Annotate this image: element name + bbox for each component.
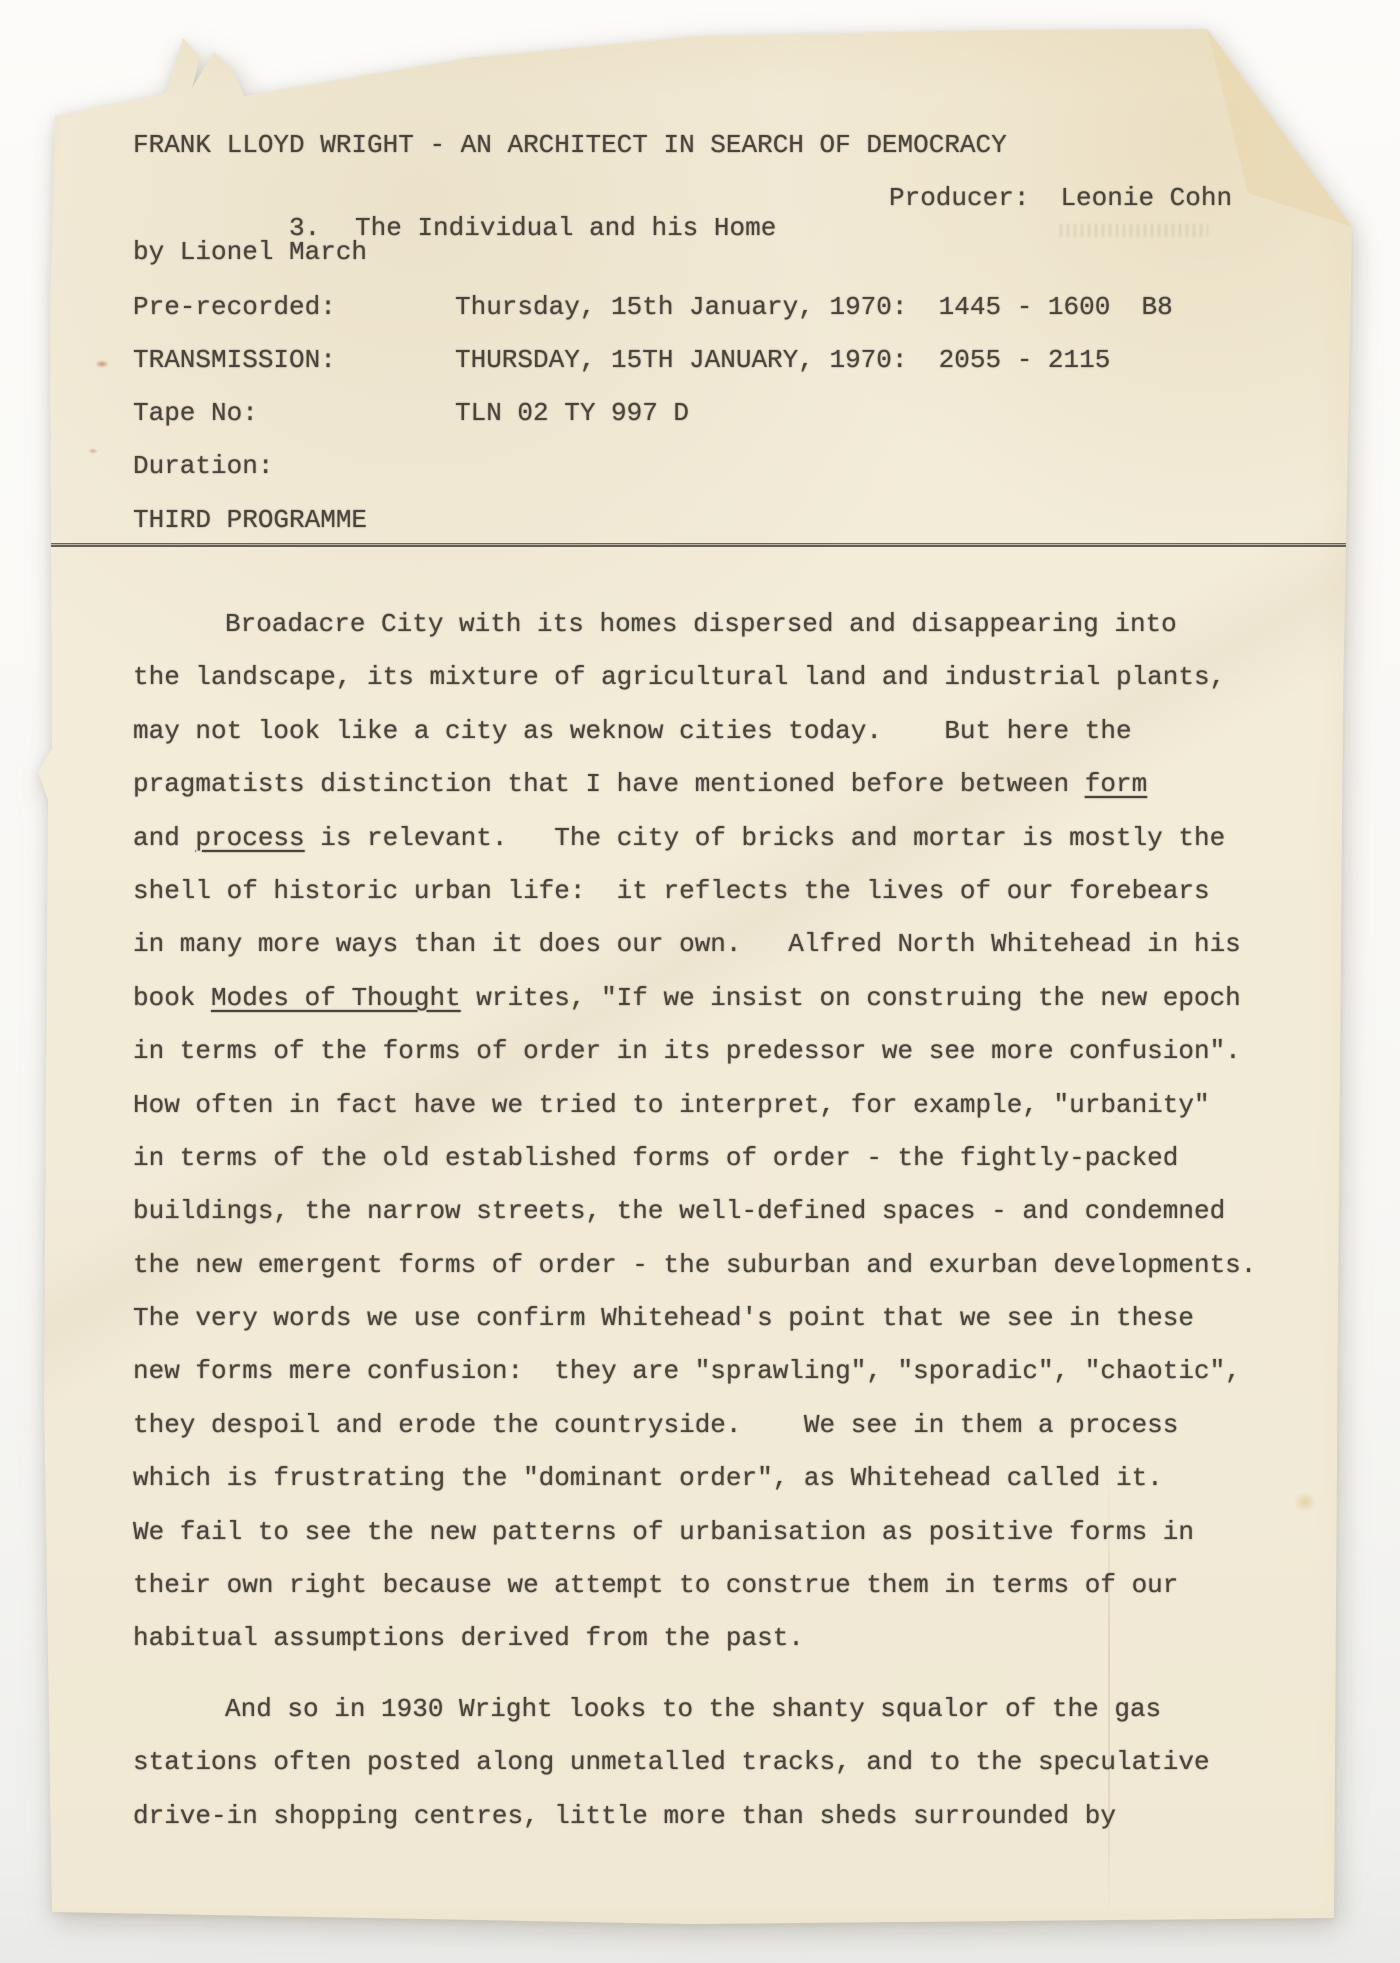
body-line: drive-in shopping centres, little more t…: [133, 1790, 1400, 1843]
body-line: in terms of the old established forms of…: [133, 1132, 1400, 1185]
typed-divider-rule: [40, 543, 1362, 547]
producer-name: Leonie Cohn: [1060, 183, 1232, 213]
body-text-segment: writes, "If we insist on construing the …: [461, 983, 1241, 1013]
body-line: the landscape, its mixture of agricultur…: [133, 651, 1400, 704]
body-line: Broadacre City with its homes dispersed …: [133, 598, 1400, 651]
paper-shadow: FRANK LLOYD WRIGHT - AN ARCHITECT IN SEA…: [0, 0, 1400, 1963]
scanned-page: FRANK LLOYD WRIGHT - AN ARCHITECT IN SEA…: [0, 0, 1400, 1963]
body-line: pragmatists distinction that I have ment…: [133, 758, 1400, 811]
body-text-segment: Broadacre City with its homes dispersed …: [225, 609, 1177, 639]
ink-stain: [95, 360, 109, 368]
meta-row: Pre-recorded:Thursday, 15th January, 197…: [133, 292, 1400, 345]
programme-name: THIRD PROGRAMME: [133, 505, 1380, 535]
typewritten-script-paper: FRANK LLOYD WRIGHT - AN ARCHITECT IN SEA…: [0, 0, 1400, 1963]
byline: by Lionel March: [133, 237, 1380, 267]
body-line: book Modes of Thought writes, "If we ins…: [133, 972, 1400, 1025]
producer-label: Producer:: [889, 183, 1029, 213]
body-line: We fail to see the new patterns of urban…: [133, 1506, 1400, 1559]
body-text-segment: the landscape, its mixture of agricultur…: [133, 662, 1225, 692]
body-text-segment: which is frustrating the "dominant order…: [133, 1463, 1163, 1493]
meta-value: Thursday, 15th January, 1970: 1445 - 160…: [455, 292, 1173, 322]
body-text-segment: drive-in shopping centres, little more t…: [133, 1801, 1116, 1831]
body-text: Broadacre City with its homes dispersed …: [133, 598, 1400, 1843]
body-text-segment: is relevant. The city of bricks and mort…: [305, 823, 1226, 853]
body-text-segment: and: [133, 823, 195, 853]
body-line: How often in fact have we tried to inter…: [133, 1079, 1400, 1132]
body-text-segment: How often in fact have we tried to inter…: [133, 1090, 1210, 1120]
body-text-segment: their own right because we attempt to co…: [133, 1570, 1178, 1600]
meta-label: TRANSMISSION:: [133, 345, 455, 375]
meta-value: TLN 02 TY 997 D: [455, 398, 689, 428]
body-line: stations often posted along unmetalled t…: [133, 1736, 1400, 1789]
body-text-segment: in terms of the old established forms of…: [133, 1143, 1178, 1173]
body-line: the new emergent forms of order - the su…: [133, 1239, 1400, 1292]
meta-label: Pre-recorded:: [133, 292, 455, 322]
body-line: The very words we use confirm Whitehead'…: [133, 1292, 1400, 1345]
meta-row: TRANSMISSION:THURSDAY, 15TH JANUARY, 197…: [133, 345, 1400, 398]
body-text-segment: And so in 1930 Wright looks to the shant…: [225, 1694, 1161, 1724]
body-text-segment: We fail to see the new patterns of urban…: [133, 1517, 1194, 1547]
body-text-segment: the new emergent forms of order - the su…: [133, 1250, 1256, 1280]
paragraph: Broadacre City with its homes dispersed …: [133, 598, 1400, 1666]
body-line: they despoil and erode the countryside. …: [133, 1399, 1400, 1452]
body-line: new forms mere confusion: they are "spra…: [133, 1345, 1400, 1398]
body-line: in many more ways than it does our own. …: [133, 918, 1400, 971]
body-text-segment: in terms of the forms of order in its pr…: [133, 1036, 1241, 1066]
paragraph: And so in 1930 Wright looks to the shant…: [133, 1683, 1400, 1843]
ink-stain: [88, 448, 98, 454]
body-text-segment: shell of historic urban life: it reflect…: [133, 876, 1210, 906]
producer-credit: Producer:Leonie Cohn: [889, 183, 1232, 213]
body-text-segment: habitual assumptions derived from the pa…: [133, 1623, 804, 1653]
meta-row: Duration:: [133, 451, 1400, 504]
body-line: may not look like a city as weknow citie…: [133, 705, 1400, 758]
underlined-term: form: [1085, 769, 1147, 799]
underlined-term: process: [195, 823, 304, 853]
underlined-term: Modes of Thought: [211, 983, 461, 1013]
body-line: which is frustrating the "dominant order…: [133, 1452, 1400, 1505]
meta-rows: Pre-recorded:Thursday, 15th January, 197…: [133, 292, 1400, 504]
body-line: shell of historic urban life: it reflect…: [133, 865, 1400, 918]
body-text-segment: The very words we use confirm Whitehead'…: [133, 1303, 1194, 1333]
body-text-segment: they despoil and erode the countryside. …: [133, 1410, 1178, 1440]
body-text-segment: buildings, the narrow streets, the well-…: [133, 1196, 1225, 1226]
body-text-segment: may not look like a city as weknow citie…: [133, 716, 1132, 746]
meta-label: Duration:: [133, 451, 455, 481]
body-text-segment: in many more ways than it does our own. …: [133, 929, 1241, 959]
body-text-segment: book: [133, 983, 211, 1013]
document-title: FRANK LLOYD WRIGHT - AN ARCHITECT IN SEA…: [133, 130, 1380, 160]
body-text-segment: pragmatists distinction that I have ment…: [133, 769, 1085, 799]
body-text-segment: new forms mere confusion: they are "spra…: [133, 1356, 1241, 1386]
body-line: in terms of the forms of order in its pr…: [133, 1025, 1400, 1078]
meta-label: Tape No:: [133, 398, 455, 428]
body-line: And so in 1930 Wright looks to the shant…: [133, 1683, 1400, 1736]
meta-row: Tape No:TLN 02 TY 997 D: [133, 398, 1400, 451]
meta-value: THURSDAY, 15TH JANUARY, 1970: 2055 - 211…: [455, 345, 1110, 375]
body-line: habitual assumptions derived from the pa…: [133, 1612, 1400, 1665]
body-line: buildings, the narrow streets, the well-…: [133, 1185, 1400, 1238]
body-line: their own right because we attempt to co…: [133, 1559, 1400, 1612]
body-text-segment: stations often posted along unmetalled t…: [133, 1747, 1210, 1777]
body-line: and process is relevant. The city of bri…: [133, 812, 1400, 865]
